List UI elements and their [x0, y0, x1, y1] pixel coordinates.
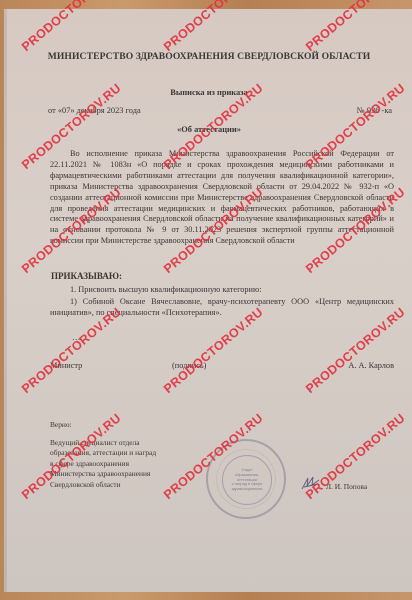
order-heading: ПРИКАЗЫВАЮ:	[51, 271, 122, 281]
verified-label: Верно:	[50, 420, 72, 429]
ministry-header: МИНИСТЕРСТВО ЗДРАВООХРАНЕНИЯ СВЕРДЛОВСКО…	[4, 51, 412, 62]
stamp-center: Отдел образования, аттестации и наград в…	[222, 455, 272, 505]
document-page: МИНИСТЕРСТВО ЗДРАВООХРАНЕНИЯ СВЕРДЛОВСКО…	[4, 9, 412, 592]
stamp-text: образования,	[232, 473, 263, 478]
signatory-name: А. А. Карлов	[348, 361, 394, 370]
stamp-text: здравоохранения	[232, 487, 263, 492]
document-type: Выписка из приказа	[4, 88, 412, 97]
order-item-1: 1. Присвоить высшую квалификационную кат…	[70, 285, 262, 294]
